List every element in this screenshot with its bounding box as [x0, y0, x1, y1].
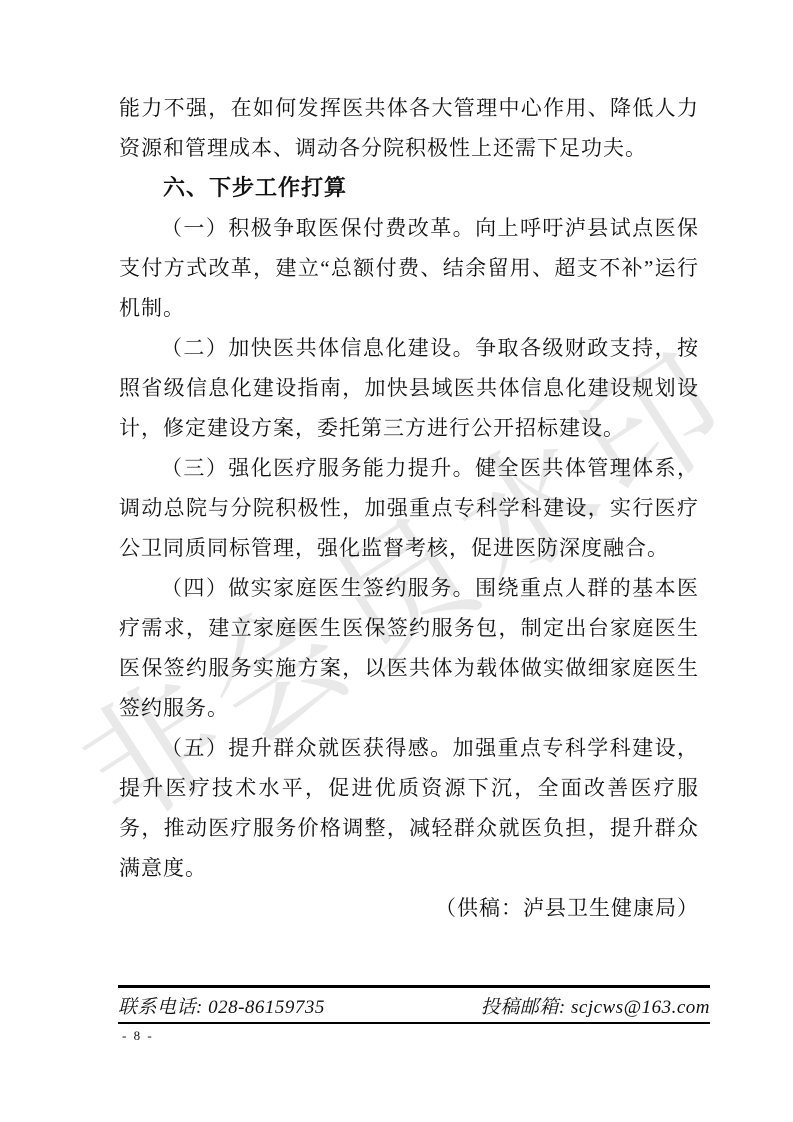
footer-email: 投稿邮箱: scjcws@163.com [481, 992, 710, 1019]
paragraph-lead: （四）做实家庭医生签约服务。 [161, 576, 475, 600]
paragraph-lead: （一）积极争取医保付费改革。 [161, 216, 475, 240]
paragraph-item-3: （三）强化医疗服务能力提升。健全医共体管理体系，调动总院与分院积极性，加强重点专… [119, 448, 699, 568]
paragraph-lead: （二）加快医共体信息化建设。 [161, 336, 475, 360]
page-number: - 8 - [122, 1028, 154, 1044]
paragraph-continuation: 能力不强，在如何发挥医共体各大管理中心作用、降低人力资源和管理成本、调动各分院积… [119, 88, 699, 168]
document-page: 非会员水印 能力不强，在如何发挥医共体各大管理中心作用、降低人力资源和管理成本、… [0, 0, 793, 1122]
footer-phone: 联系电话: 028-86159735 [118, 992, 325, 1019]
footer-rule-bottom [118, 1022, 710, 1024]
paragraph-item-4: （四）做实家庭医生签约服务。围绕重点人群的基本医疗需求，建立家庭医生医保签约服务… [119, 568, 699, 728]
paragraph-item-2: （二）加快医共体信息化建设。争取各级财政支持，按照省级信息化建设指南，加快县域医… [119, 328, 699, 448]
document-body: 能力不强，在如何发挥医共体各大管理中心作用、降低人力资源和管理成本、调动各分院积… [119, 88, 699, 928]
paragraph-lead: （五）提升群众就医获得感。 [161, 736, 453, 760]
section-heading: 六、下步工作打算 [119, 168, 699, 208]
paragraph-lead: （三）强化医疗服务能力提升。 [161, 456, 475, 480]
paragraph-item-5: （五）提升群众就医获得感。加强重点专科学科建设，提升医疗技术水平，促进优质资源下… [119, 728, 699, 888]
footer: 联系电话: 028-86159735 投稿邮箱: scjcws@163.com [118, 988, 710, 1022]
attribution-line: （供稿：泸县卫生健康局） [119, 888, 699, 928]
paragraph-item-1: （一）积极争取医保付费改革。向上呼吁泸县试点医保支付方式改革，建立“总额付费、结… [119, 208, 699, 328]
